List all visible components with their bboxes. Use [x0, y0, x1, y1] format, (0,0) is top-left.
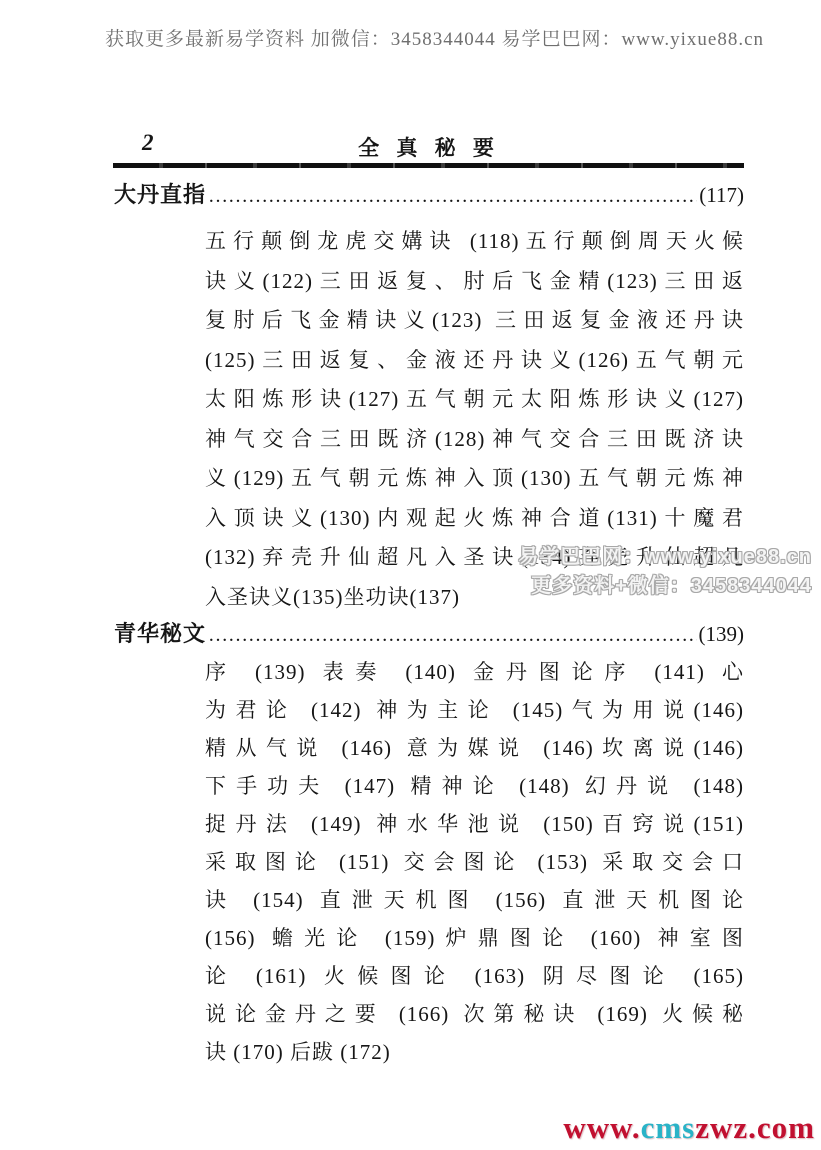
toc-entry-line: 太阳炼形诀(127)五气朝元太阳炼形诀义(127) [205, 380, 744, 420]
watermark-line-1: 易学巴巴网：www.yixue88.cn [518, 543, 812, 572]
toc-entry-line: 下手功夫 (147) 精神论 (148) 幻丹说 (148) [205, 767, 744, 805]
leader-dots: ……………………………………………………………………………… [208, 618, 696, 651]
header-rule [113, 163, 744, 168]
toc-heading-dadanzhizhi: 大丹直指 ……………………………………………………………………………… (117… [114, 178, 744, 212]
table-of-contents: 大丹直指 ……………………………………………………………………………… (117… [114, 178, 744, 1071]
toc-entries-section-2: 序 (139) 表奏 (140) 金丹图论序 (141) 心 为君论 (142)… [205, 653, 744, 1071]
toc-entry-line: 为君论 (142) 神为主论 (145)气为用说(146) [205, 691, 744, 729]
toc-heading-qinghuamiwen: 青华秘文 ……………………………………………………………………………… (139… [114, 617, 744, 651]
toc-entry-line: 序 (139) 表奏 (140) 金丹图论序 (141) 心 [205, 653, 744, 691]
toc-heading-label: 大丹直指 [114, 178, 206, 212]
toc-entry-line: 捉丹法 (149) 神水华池说 (150)百窍说(151) [205, 805, 744, 843]
footer-url-mid: cms [641, 1110, 696, 1145]
footer-url-suffix: zwz.com [695, 1110, 815, 1145]
footer-url-prefix: www. [563, 1110, 640, 1145]
toc-entry-line: 精从气说 (146) 意为媒说 (146)坎离说(146) [205, 729, 744, 767]
toc-entry-line: (156) 蟾光论 (159)炉鼎图论 (160) 神室图 [205, 919, 744, 957]
toc-entry-line: 五行颠倒龙虎交媾诀 (118)五行颠倒周天火候 [205, 222, 744, 262]
toc-entry-line: 神气交合三田既济(128)神气交合三田既济诀 [205, 420, 744, 460]
watermark-line-2: 更多资料+微信：3458344044 [518, 572, 812, 601]
toc-page-ref: (139) [699, 617, 745, 651]
toc-heading-label: 青华秘文 [114, 617, 206, 651]
watermark: 易学巴巴网：www.yixue88.cn 更多资料+微信：3458344044 [518, 543, 812, 601]
footer-site-url: www.cmszwz.com [563, 1110, 815, 1146]
book-title: 全 真 秘 要 [114, 132, 744, 162]
toc-entry-line: 入顶诀义(130)内观起火炼神合道(131)十魔君 [205, 499, 744, 539]
toc-page-ref: (117) [699, 178, 744, 212]
toc-entry-line: 采取图论 (151) 交会图论 (153) 采取交会口 [205, 843, 744, 881]
leader-dots: ……………………………………………………………………………… [208, 179, 697, 212]
running-head: 2 全 真 秘 要 [114, 130, 744, 162]
toc-entry-line: 诀 (170) 后跋 (172) [205, 1033, 744, 1071]
toc-entry-line: 复肘后飞金精诀义(123) 三田返复金液还丹诀 [205, 301, 744, 341]
toc-entry-line: 义(129)五气朝元炼神入顶(130)五气朝元炼神 [205, 459, 744, 499]
toc-entry-line: 说论金丹之要 (166) 次第秘诀 (169) 火候秘 [205, 995, 744, 1033]
toc-entry-line: 诀 (154) 直泄天机图 (156) 直泄天机图论 [205, 881, 744, 919]
toc-entry-line: 论 (161) 火候图论 (163) 阴尽图论 (165) [205, 957, 744, 995]
toc-entry-line: 诀义(122)三田返复、肘后飞金精(123)三田返 [205, 262, 744, 302]
promo-banner-text: 获取更多最新易学资料 加微信：3458344044 易学巴巴网：www.yixu… [0, 24, 821, 51]
toc-entry-line: (125)三田返复、金液还丹诀义(126)五气朝元 [205, 341, 744, 381]
